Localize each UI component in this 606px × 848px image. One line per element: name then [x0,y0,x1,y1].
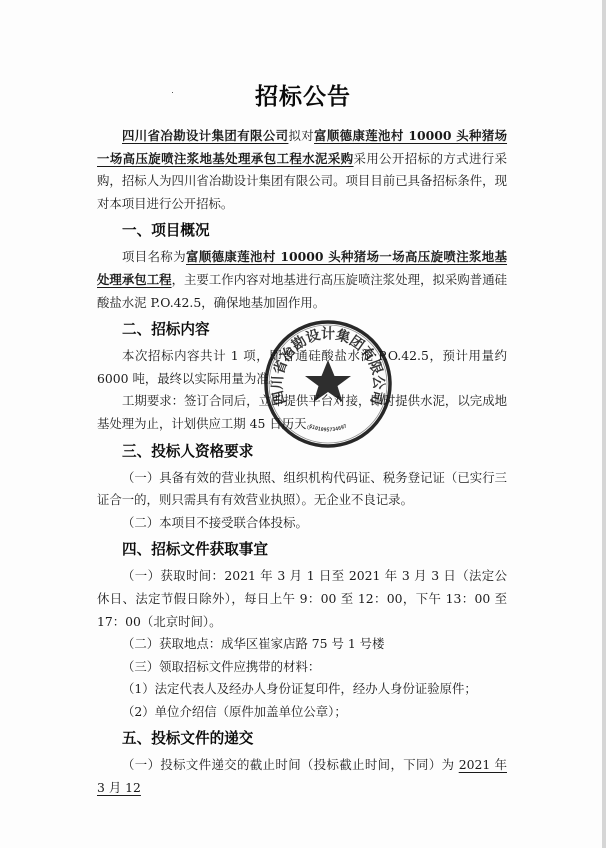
section-heading: 二、招标内容 [97,319,507,341]
section-paragraph: （2）单位介绍信（原件加盖单位公章）； [97,701,507,724]
tenderer-name: 四川省冶勘设计集团有限公司 [122,128,288,143]
intro-text: 拟对 [288,128,314,143]
section-paragraph: 项目名称为富顺德康莲池村 10000 头种猪场一场高压旋喷注浆地基处理承包工程，… [97,246,507,314]
section-paragraph: （一）投标文件递交的截止时间（投标截止时间，下同）为 2021 年 3 月 12 [97,754,507,799]
section-paragraph: （一）获取时间：2021 年 3 月 1 日至 2021 年 3 月 3 日（法… [97,565,507,633]
document-body: 四川省冶勘设计集团有限公司拟对富顺德康莲池村 10000 头种猪场一场高压旋喷注… [97,125,507,800]
section-heading: 三、投标人资格要求 [97,441,507,463]
section-paragraph: （三）领取招标文件应携带的材料： [97,656,507,679]
intro-paragraph: 四川省冶勘设计集团有限公司拟对富顺德康莲池村 10000 头种猪场一场高压旋喷注… [97,125,507,215]
paragraph-text: 项目名称为 [122,249,186,264]
section-paragraph: （一）具备有效的营业执照、组织机构代码证、税务登记证（已实行三证合一的，则只需具… [97,467,507,512]
section-paragraph: （二）获取地点：成华区崔家店路 75 号 1 号楼 [97,633,507,656]
section-heading: 五、投标文件的递交 [97,728,507,750]
document-page: 招标公告 四川省冶勘设计集团有限公司拟对富顺德康莲池村 10000 头种猪场一场… [0,0,602,848]
section-heading: 一、项目概况 [97,220,507,242]
section-heading: 四、招标文件获取事宜 [97,539,507,561]
paragraph-text: （一）投标文件递交的截止时间（投标截止时间，下同）为 [122,757,459,772]
section-paragraph: （1）法定代表人及经办人身份证复印件，经办人身份证验原件； [97,678,507,701]
section-paragraph: 本次招标内容共计 1 项，即普通硅酸盐水泥 P.O.42.5，预计用量约 600… [97,345,507,390]
document-title: 招标公告 [0,78,606,111]
section-paragraph: 工期要求：签订合同后，立即提供平台对接，即时提供水泥，以完成地基处理为止，计划供… [97,390,507,435]
page-edge [602,0,606,848]
section-paragraph: （二）本项目不接受联合体投标。 [97,512,507,535]
